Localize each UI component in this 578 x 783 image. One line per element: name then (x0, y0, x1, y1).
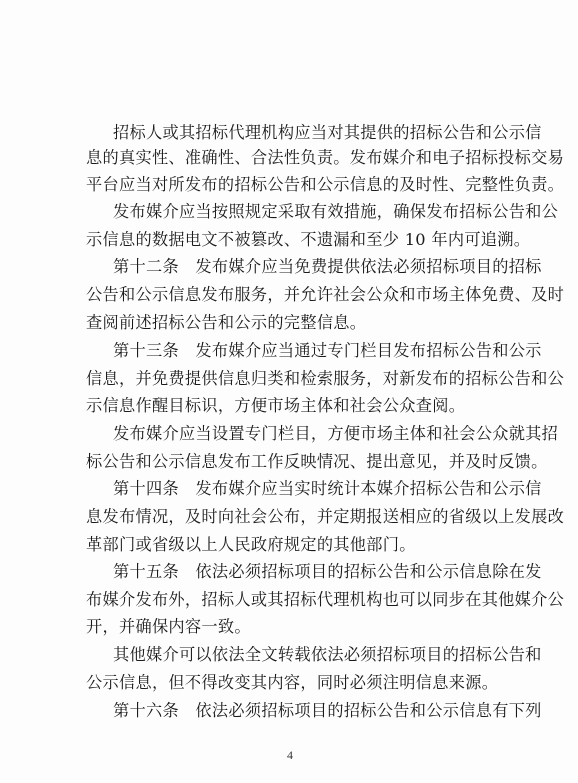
article-12-line: 第十二条 发布媒介应当免费提供依法必须招标项目的招标 (113, 255, 486, 279)
document-page: 招标人或其招标代理机构应当对其提供的招标公告和公示信 息的真实性、准确性、合法性… (0, 0, 578, 783)
text-line: 布媒介发布外，招标人或其招标代理机构也可以同步在其他媒介公 (86, 588, 486, 612)
article-15-line: 第十五条 依法必须招标项目的招标公告和公示信息除在发 (113, 560, 486, 584)
text-line: 其他媒介可以依法全文转载依法必须招标项目的招标公告和 (113, 643, 486, 667)
text-line: 息发布情况，及时向社会公布，并定期报送相应的省级以上发展改 (86, 505, 486, 529)
text-line: 招标人或其招标代理机构应当对其提供的招标公告和公示信 (113, 121, 486, 145)
text-line: 示信息的数据电文不被篡改、不遗漏和至少 10 年内可追溯。 (86, 228, 486, 252)
text-line: 平台应当对所发布的招标公告和公示信息的及时性、完整性负责。 (86, 173, 486, 197)
text-line: 革部门或省级以上人民政府规定的其他部门。 (86, 533, 486, 557)
article-14-line: 第十四条 发布媒介应当实时统计本媒介招标公告和公示信 (113, 477, 486, 501)
text-line: 查阅前述招标公告和公示的完整信息。 (86, 311, 486, 335)
page-number: 4 (270, 748, 310, 763)
text-line: 发布媒介应当按照规定采取有效措施，确保发布招标公告和公 (113, 200, 486, 224)
text-line: 公告和公示信息发布服务，并允许社会公众和市场主体免费、及时 (86, 283, 486, 307)
text-line: 公示信息，但不得改变其内容，同时必须注明信息来源。 (86, 671, 486, 695)
article-13-line: 第十三条 发布媒介应当通过专门栏目发布招标公告和公示 (113, 339, 486, 363)
text-line: 开，并确保内容一致。 (86, 615, 486, 639)
text-line: 信息，并免费提供信息归类和检索服务，对新发布的招标公告和公 (86, 367, 486, 391)
text-line: 示信息作醒目标识，方便市场主体和社会公众查阅。 (86, 394, 486, 418)
article-16-line: 第十六条 依法必须招标项目的招标公告和公示信息有下列 (113, 699, 486, 723)
text-line: 发布媒介应当设置专门栏目，方便市场主体和社会公众就其招 (113, 422, 486, 446)
text-line: 标公告和公示信息发布工作反映情况、提出意见，并及时反馈。 (86, 450, 486, 474)
text-line: 息的真实性、准确性、合法性负责。发布媒介和电子招标投标交易 (86, 146, 486, 170)
